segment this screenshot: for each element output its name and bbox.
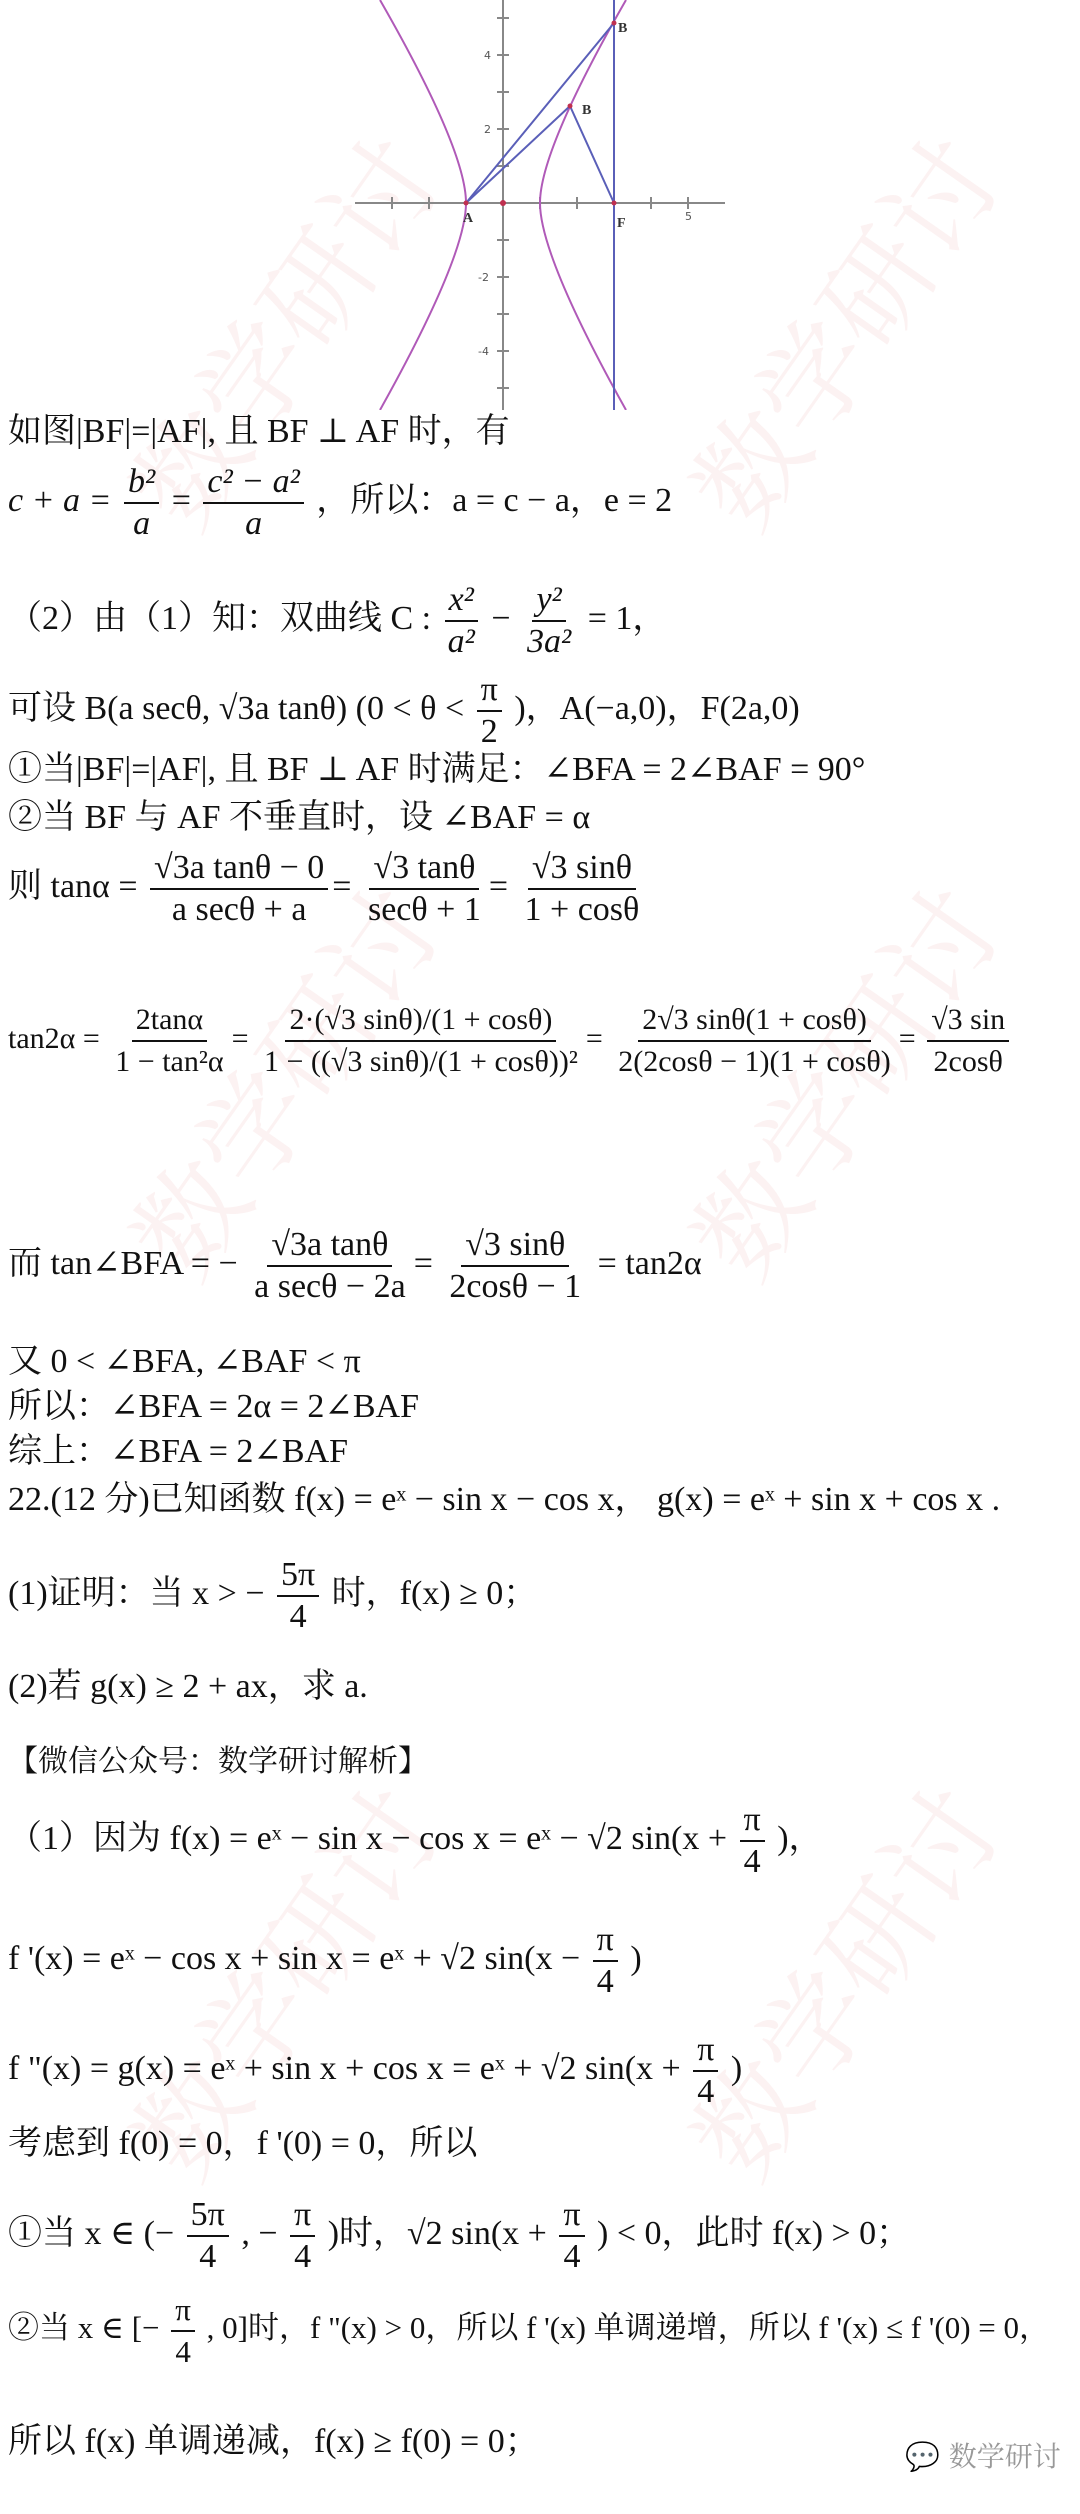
formula-line: tan2α = 2tanα1 − tan²α= 2·(√3 sinθ)/(1 +… (8, 1000, 1013, 1082)
text-line: 又 0 < ∠BFA, ∠BAF < π (8, 1340, 361, 1384)
formula-line: （1）因为 f(x) = eˣ − sin x − cos x = eˣ − √… (8, 1800, 823, 1882)
wechat-account-badge: 💬 数学研讨 (905, 2435, 1061, 2475)
formula-line: f '(x) = eˣ − cos x + sin x = eˣ + √2 si… (8, 1920, 642, 2002)
svg-text:B: B (618, 21, 627, 36)
formula-line: （2）由（1）知：双曲线 C : x²a² − y²3a² = 1， (8, 580, 666, 662)
text-line: ①当|BF|=|AF|, 且 BF ⊥ AF 时满足：∠BFA = 2∠BAF … (8, 748, 865, 792)
text-line: 如图|BF|=|AF|, 且 BF ⊥ AF 时，有 (8, 410, 510, 454)
svg-text:-2: -2 (478, 271, 489, 284)
text-line: ②当 BF 与 AF 不垂直时，设 ∠BAF = α (8, 796, 590, 840)
hyperbola-graph: 4 2 -2 -4 5 A B B F (0, 0, 1080, 410)
formula-line: (1)证明：当 x > − 5π4 时，f(x) ≥ 0； (8, 1555, 537, 1637)
formula-line: ①当 x ∈ (− 5π4 , − π4 )时，√2 sin(x + π4 ) … (8, 2195, 910, 2277)
formula-line: f "(x) = g(x) = eˣ + sin x + cos x = eˣ … (8, 2030, 742, 2112)
svg-text:-4: -4 (478, 345, 489, 358)
svg-text:2: 2 (484, 123, 491, 136)
text-line: 所以 f(x) 单调递减，f(x) ≥ f(0) = 0； (8, 2420, 539, 2464)
formula-line: c + a = b²a = c² − a²a ，所以：a = c − a，e =… (8, 462, 672, 544)
wechat-icon: 💬 (905, 2440, 940, 2473)
section-header: 【微信公众号：数学研讨解析】 (8, 1740, 428, 1784)
text-line: 综上：∠BFA = 2∠BAF (8, 1430, 348, 1474)
svg-text:A: A (463, 211, 474, 226)
svg-text:F: F (617, 216, 626, 231)
formula-line: 则 tanα = √3a tanθ − 0a secθ + a= √3 tanθ… (8, 848, 647, 930)
svg-text:B: B (582, 103, 591, 118)
problem-statement: 22.(12 分)已知函数 f(x) = eˣ − sin x − cos x，… (8, 1478, 1000, 1522)
formula-line: 可设 B(a secθ, √3a tanθ) (0 < θ < π2 )，A(−… (8, 670, 800, 752)
svg-text:5: 5 (685, 210, 692, 223)
svg-text:4: 4 (484, 49, 491, 62)
formula-line: ②当 x ∈ [− π4 , 0]时，f "(x) > 0，所以 f '(x) … (8, 2290, 1050, 2372)
text-line: 考虑到 f(0) = 0，f '(0) = 0，所以 (8, 2122, 477, 2166)
text-line: 所以：∠BFA = 2α = 2∠BAF (8, 1385, 419, 1429)
text-line: (2)若 g(x) ≥ 2 + ax，求 a. (8, 1665, 368, 1709)
formula-line: 而 tan∠BFA = − √3a tanθa secθ − 2a= √3 si… (8, 1225, 702, 1307)
